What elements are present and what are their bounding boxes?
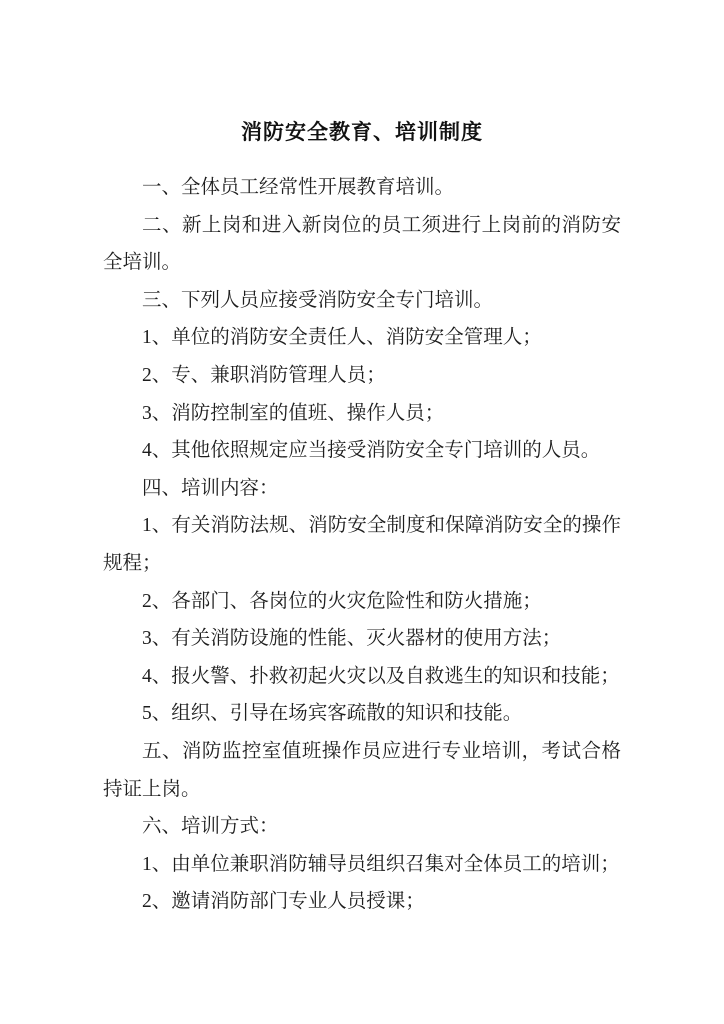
paragraph-heading-3: 三、下列人员应接受消防安全专门培训。	[103, 282, 621, 320]
paragraph-heading-5: 五、消防监控室值班操作员应进行专业培训，考试合格持证上岗。	[103, 733, 621, 808]
list-item: 2、各部门、各岗位的火灾危险性和防火措施；	[103, 583, 621, 621]
paragraph-heading-4: 四、培训内容：	[103, 470, 621, 508]
list-item: 4、报火警、扑救初起火灾以及自救逃生的知识和技能；	[103, 658, 621, 696]
list-item: 2、邀请消防部门专业人员授课；	[103, 883, 621, 921]
list-item: 2、专、兼职消防管理人员；	[103, 357, 621, 395]
list-item: 3、消防控制室的值班、操作人员；	[103, 395, 621, 433]
list-item: 1、有关消防法规、消防安全制度和保障消防安全的操作规程；	[103, 507, 621, 582]
list-item: 5、组织、引导在场宾客疏散的知识和技能。	[103, 695, 621, 733]
list-item: 1、单位的消防安全责任人、消防安全管理人；	[103, 319, 621, 357]
paragraph-heading-1: 一、全体员工经常性开展教育培训。	[103, 169, 621, 207]
document-title: 消防安全教育、培训制度	[103, 118, 621, 148]
paragraph-heading-6: 六、培训方式：	[103, 808, 621, 846]
list-item: 1、由单位兼职消防辅导员组织召集对全体员工的培训；	[103, 846, 621, 884]
list-item: 3、有关消防设施的性能、灭火器材的使用方法；	[103, 620, 621, 658]
document-page: 消防安全教育、培训制度 一、全体员工经常性开展教育培训。 二、新上岗和进入新岗位…	[0, 0, 724, 1024]
document-content: 消防安全教育、培训制度 一、全体员工经常性开展教育培训。 二、新上岗和进入新岗位…	[0, 0, 724, 921]
list-item: 4、其他依照规定应当接受消防安全专门培训的人员。	[103, 432, 621, 470]
paragraph-heading-2: 二、新上岗和进入新岗位的员工须进行上岗前的消防安全培训。	[103, 207, 621, 282]
